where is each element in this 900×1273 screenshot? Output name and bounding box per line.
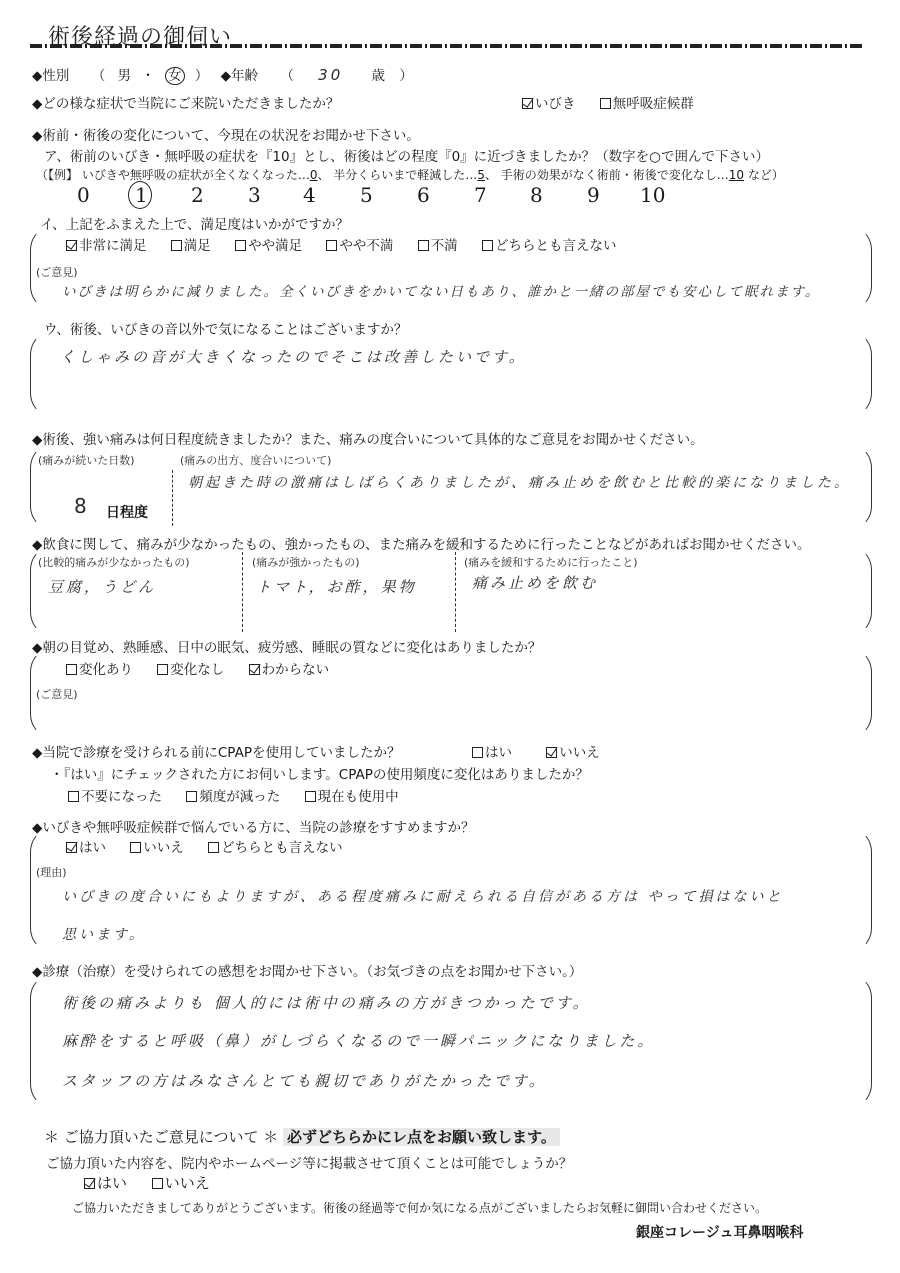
profile-row: ◆性別 （ 男 ・ 女 ） ◆年齢 （ 30 歳 ） [32, 64, 413, 84]
scale-option-0[interactable]: 0 [77, 183, 90, 207]
consent-heading-prefix: ＊ ご協力頂いたご意見について ＊ [44, 1128, 278, 1146]
scale-option-7[interactable]: 7 [474, 183, 487, 207]
symptom-option-apnea[interactable]: 無呼吸症候群 [600, 92, 694, 112]
checkbox-checked-icon[interactable] [66, 842, 77, 853]
symptom-question: ◆どの様な症状で当院にご来院いただきましたか？ [32, 92, 339, 112]
pain-days-unit: 日程度 [106, 502, 148, 522]
diet-col1-answer[interactable]: 豆腐，うどん [48, 576, 156, 597]
impressions-line-2[interactable]: 麻酔をすると呼吸（鼻）がしづらくなるので一瞬パニックになりました。 [62, 1030, 655, 1051]
diet-col2-answer[interactable]: トマト，お酢，果物 [256, 576, 417, 597]
scale-option-4[interactable]: 4 [303, 183, 316, 207]
change-heading: ◆術前・術後の変化について、今現在の状況をお聞かせ下さい。 [32, 124, 420, 144]
satisfaction-option-somewhat-satisfied[interactable]: やや満足 [235, 234, 302, 254]
pain-question: ◆術後、強い痛みは何日程度続きましたか？また、痛みの度合いについて具体的なご意見… [32, 428, 704, 448]
diet-col1-label: (比較的痛みが少なかったもの) [38, 554, 190, 570]
sleep-options: 変化あり 変化なし わからない [66, 658, 349, 678]
satisfaction-option-satisfied[interactable]: 満足 [171, 234, 211, 254]
title-divider [30, 44, 865, 48]
consent-option-no[interactable]: いいえ [152, 1172, 210, 1193]
diet-col3-answer[interactable]: 痛み止めを飲む [472, 572, 598, 593]
cpap-options: はい いいえ [472, 741, 620, 761]
diet-divider-1 [242, 552, 243, 632]
recommend-reason-label: (理由) [36, 864, 67, 880]
cpap-question: ◆当院で診療を受けられる前にCPAPを使用していましたか？ [32, 741, 400, 761]
checkbox-icon[interactable] [66, 664, 77, 675]
scale-option-1[interactable]: 1 [135, 183, 148, 207]
change-question-a: ア、術前のいびき・無呼吸の症状を『10』とし、術後はどの程度『0』に近づきました… [44, 145, 769, 165]
recommend-option-no[interactable]: いいえ [130, 836, 184, 856]
checkbox-checked-icon[interactable] [546, 747, 557, 758]
checkbox-icon[interactable] [235, 240, 246, 251]
other-concerns-answer[interactable]: くしゃみの音が大きくなったのでそこは改善したいです。 [60, 346, 527, 367]
cpap-option-no[interactable]: いいえ [546, 741, 600, 761]
scale-option-3[interactable]: 3 [248, 183, 261, 207]
checkbox-icon[interactable] [186, 791, 197, 802]
satisfaction-comment-label: (ご意見) [36, 264, 78, 280]
checkbox-checked-icon[interactable] [522, 98, 533, 109]
checkbox-checked-icon[interactable] [84, 1178, 95, 1189]
satisfaction-option-somewhat-dissatisfied[interactable]: やや不満 [326, 234, 393, 254]
cpap-followup-options: 不要になった 頻度が減った 現在も使用中 [68, 785, 419, 805]
cpap-followup-still-using[interactable]: 現在も使用中 [305, 785, 399, 805]
pain-days-value[interactable]: 8 [74, 494, 90, 518]
checkbox-icon[interactable] [326, 240, 337, 251]
cpap-followup-not-needed[interactable]: 不要になった [68, 785, 162, 805]
scale-option-6[interactable]: 6 [417, 183, 430, 207]
checkbox-icon[interactable] [130, 842, 141, 853]
checkbox-icon[interactable] [171, 240, 182, 251]
consent-heading: ＊ ご協力頂いたご意見について ＊ 必ずどちらかにレ点をお願い致します。 [44, 1126, 560, 1147]
age-label: ◆年齢 [221, 68, 258, 84]
checkbox-icon[interactable] [418, 240, 429, 251]
satisfaction-option-neutral[interactable]: どちらとも言えない [482, 234, 617, 254]
checkbox-icon[interactable] [152, 1178, 163, 1189]
checkbox-checked-icon[interactable] [66, 240, 77, 251]
checkbox-icon[interactable] [208, 842, 219, 853]
satisfaction-comment[interactable]: いびきは明らかに減りました。全くいびきをかいてない日もあり、誰かと一緒の部屋でも… [62, 280, 820, 300]
checkbox-icon[interactable] [482, 240, 493, 251]
symptom-options: いびき 無呼吸症候群 [522, 92, 714, 112]
recommend-reason-line1[interactable]: いびきの度合いにもよりますが、ある程度痛みに耐えられる自信がある方は やって損は… [62, 886, 783, 906]
sleep-comment-label: (ご意見) [36, 686, 78, 702]
recommend-reason-line2[interactable]: 思います。 [62, 924, 146, 944]
diet-col3-label: (痛みを緩和するために行ったこと) [464, 554, 638, 570]
scale-option-5[interactable]: 5 [360, 183, 373, 207]
scale-option-10[interactable]: 10 [640, 183, 665, 207]
change-example: （【例】 いびきや無呼吸の症状が全くなくなった…0、 半分くらいまで軽減した…5… [36, 166, 784, 183]
impressions-line-3[interactable]: スタッフの方はみなさんとても親切でありがたかったです。 [62, 1070, 547, 1091]
sleep-option-unchanged[interactable]: 変化なし [157, 658, 224, 678]
checkbox-checked-icon[interactable] [249, 664, 260, 675]
change-scale: 0 1 2 3 4 5 6 7 8 9 10 [0, 183, 900, 213]
sleep-option-unknown[interactable]: わからない [249, 658, 330, 678]
age-unit: 歳 [372, 68, 386, 84]
consent-options: はい いいえ [84, 1172, 230, 1193]
symptom-option-snoring[interactable]: いびき [522, 92, 576, 112]
checkbox-icon[interactable] [472, 747, 483, 758]
cpap-option-yes[interactable]: はい [472, 741, 512, 761]
clinic-name: 銀座コレージュ耳鼻咽喉科 [636, 1222, 803, 1242]
age-value[interactable]: 30 [318, 66, 343, 84]
gender-option-female[interactable]: 女 [165, 67, 185, 85]
consent-option-yes[interactable]: はい [84, 1172, 127, 1193]
diet-divider-2 [455, 552, 456, 632]
gender-option-male[interactable]: 男 [117, 68, 131, 84]
recommend-options: はい いいえ どちらとも言えない [66, 836, 363, 856]
checkbox-icon[interactable] [600, 98, 611, 109]
consent-thanks: ご協力いただきましてありがとうございます。術後の経過等で何か気になる点がございま… [72, 1199, 767, 1216]
cpap-followup-reduced[interactable]: 頻度が減った [186, 785, 280, 805]
recommend-option-neutral[interactable]: どちらとも言えない [208, 836, 343, 856]
pain-divider [172, 470, 173, 526]
satisfaction-options: 非常に満足 満足 やや満足 やや不満 不満 どちらとも言えない [66, 234, 636, 254]
diet-col2-label: (痛みが強かったもの) [252, 554, 360, 570]
pain-degree-label: (痛みの出方、度合いについて) [180, 452, 331, 468]
consent-heading-emphasis: 必ずどちらかにレ点をお願い致します。 [283, 1128, 560, 1146]
impressions-line-1[interactable]: 術後の痛みよりも 個人的には術中の痛みの方がきつかったです。 [62, 992, 591, 1013]
gender-label: ◆性別 [32, 68, 69, 84]
recommend-option-yes[interactable]: はい [66, 836, 106, 856]
scale-option-2[interactable]: 2 [191, 183, 204, 207]
consent-question: ご協力頂いた内容を、院内やホームページ等に掲載させて頂くことは可能でしょうか？ [46, 1152, 572, 1172]
checkbox-icon[interactable] [157, 664, 168, 675]
satisfaction-option-dissatisfied[interactable]: 不満 [418, 234, 458, 254]
checkbox-icon[interactable] [305, 791, 316, 802]
pain-days-label: (痛みが続いた日数) [38, 452, 135, 468]
satisfaction-option-very-satisfied[interactable]: 非常に満足 [66, 234, 147, 254]
sleep-option-changed[interactable]: 変化あり [66, 658, 133, 678]
cpap-followup-question: ・『はい』にチェックされた方にお伺いします。CPAPの使用頻度に変化はありました… [50, 763, 589, 783]
pain-degree-answer[interactable]: 朝起きた時の激痛はしばらくありましたが、痛み止めを飲むと比較的楽になりました。 [188, 472, 851, 492]
checkbox-icon[interactable] [68, 791, 79, 802]
scale-option-9[interactable]: 9 [587, 183, 600, 207]
scale-option-8[interactable]: 8 [530, 183, 543, 207]
